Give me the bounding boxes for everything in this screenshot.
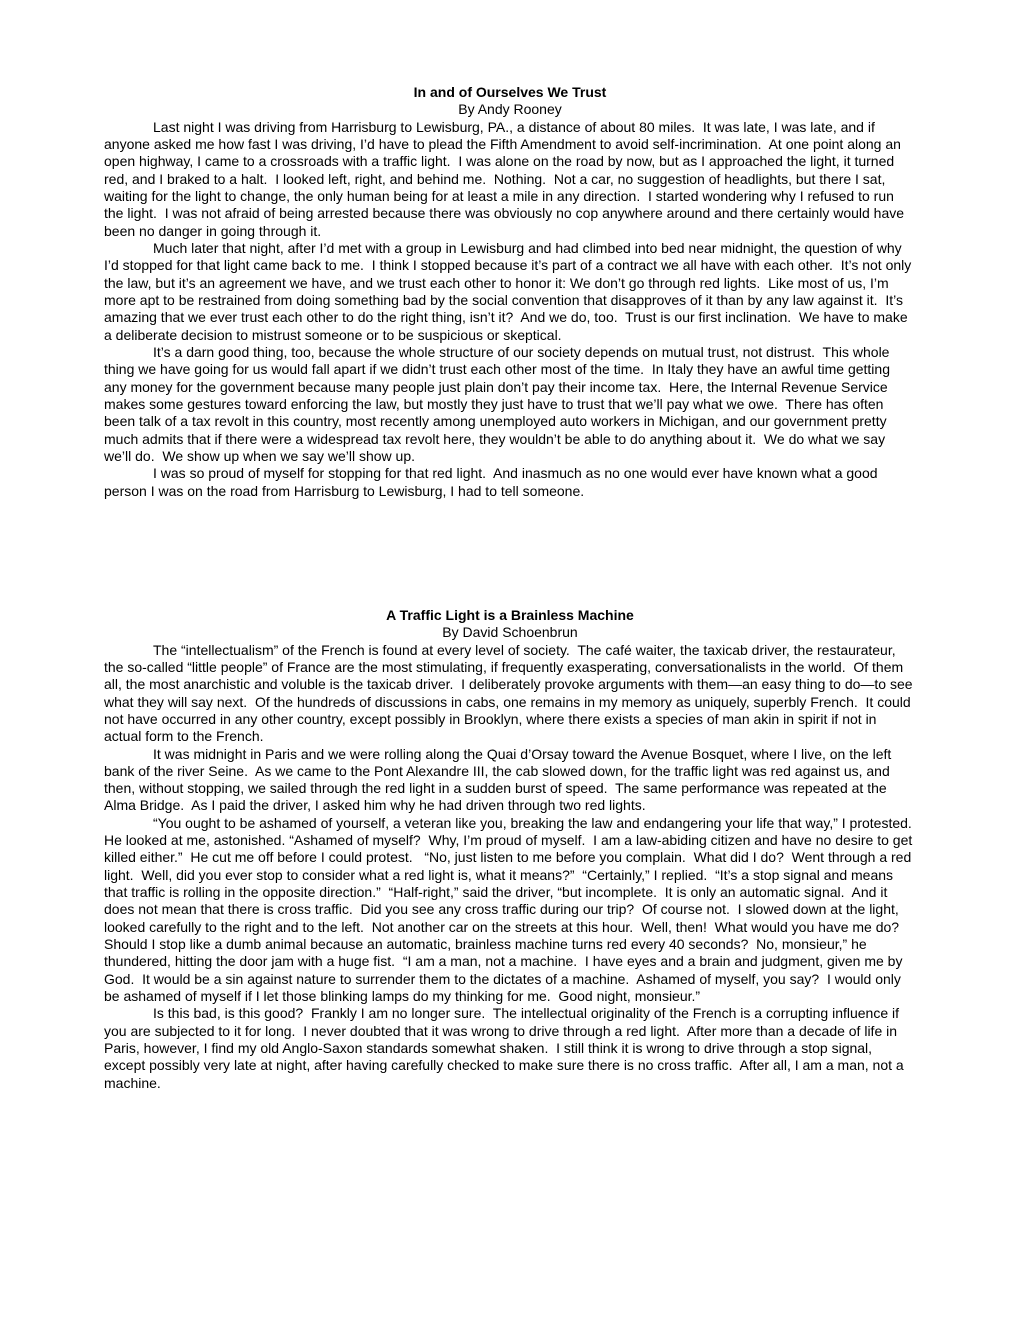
essay-2-title: A Traffic Light is a Brainless Machine (104, 607, 916, 624)
essay-1-paragraph-4: I was so proud of myself for stopping fo… (104, 465, 916, 500)
essay-1: In and of Ourselves We Trust By Andy Roo… (104, 84, 916, 500)
essay-2-paragraph-4: Is this bad, is this good? Frankly I am … (104, 1005, 916, 1092)
essay-2-paragraph-1: The “intellectualism” of the French is f… (104, 642, 916, 746)
essay-1-title: In and of Ourselves We Trust (104, 84, 916, 101)
essay-2-paragraph-3: “You ought to be ashamed of yourself, a … (104, 815, 916, 1006)
essay-2-paragraph-2: It was midnight in Paris and we were rol… (104, 746, 916, 815)
essay-1-paragraph-2: Much later that night, after I’d met wit… (104, 240, 916, 344)
essay-1-byline: By Andy Rooney (104, 101, 916, 118)
essay-2: A Traffic Light is a Brainless Machine B… (104, 607, 916, 1092)
document-page: In and of Ourselves We Trust By Andy Roo… (0, 0, 1020, 1320)
essay-2-byline: By David Schoenbrun (104, 624, 916, 641)
essay-1-paragraph-3: It’s a darn good thing, too, because the… (104, 344, 916, 465)
essay-1-paragraph-1: Last night I was driving from Harrisburg… (104, 119, 916, 240)
section-spacer (104, 500, 916, 607)
